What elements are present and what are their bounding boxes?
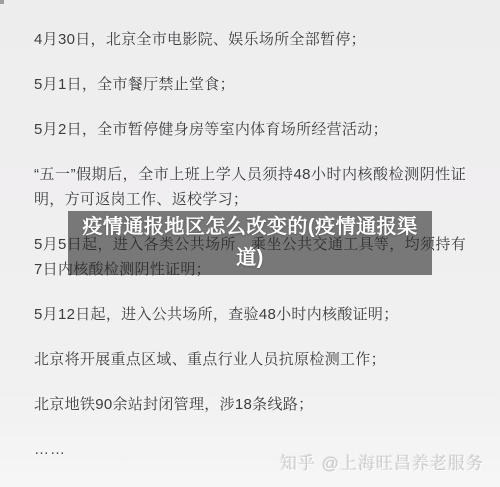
article-paragraph: 5月1日，全市餐厅禁止堂食；: [34, 72, 466, 97]
article-paragraph: 4月30日，北京全市电影院、娱乐场所全部暂停；: [34, 27, 466, 52]
caption-title: 疫情通报地区怎么改变的(疫情通报渠道): [82, 212, 418, 274]
article-paragraph: 5月12日起，进入公共场所，查验48小时内核酸证明；: [34, 302, 466, 327]
article-screenshot: 4月30日，北京全市电影院、娱乐场所全部暂停； 5月1日，全市餐厅禁止堂食； 5…: [0, 0, 500, 487]
article-paragraph: 北京将开展重点区域、重点行业人员抗原检测工作；: [34, 347, 466, 372]
article-paragraph: “五一”假期后，全市上班上学人员须持48小时内核酸检测阴性证明，方可返岗工作、返…: [34, 162, 466, 212]
article-paragraph: 5月2日，全市暂停健身房等室内体育场所经营活动；: [34, 117, 466, 142]
caption-overlay: 疫情通报地区怎么改变的(疫情通报渠道): [68, 211, 432, 275]
watermark: 知乎 @上海旺昌养老服务: [280, 449, 484, 474]
article-paragraph: 北京地铁90余站封闭管理，涉18条线路；: [34, 392, 466, 417]
